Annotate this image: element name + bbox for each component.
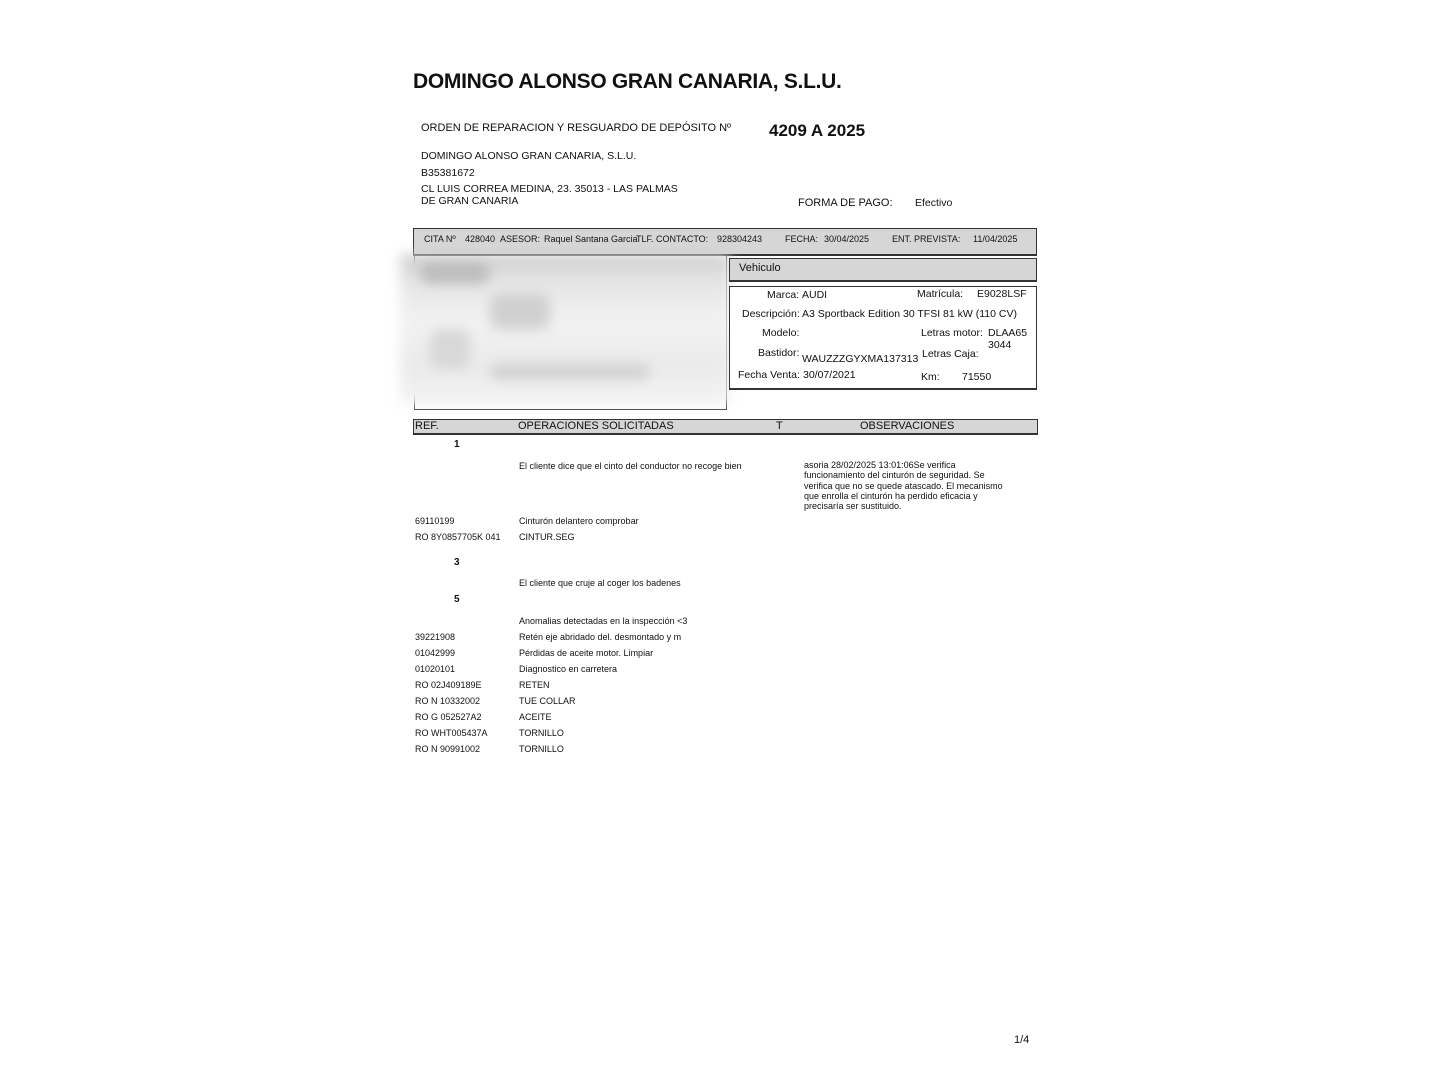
column-ref: REF. [415, 420, 439, 432]
telefono-label: TLF. CONTACTO: [636, 234, 708, 244]
line-ref: 01042999 [415, 648, 455, 658]
line-ref: RO N 90991002 [415, 744, 480, 754]
company-title: DOMINGO ALONSO GRAN CANARIA, S.L.U. [413, 70, 842, 94]
line-ref: RO N 10332002 [415, 696, 480, 706]
appointment-info-bar: CITA Nº 428040 ASESOR: Raquel Santana Ga… [413, 228, 1037, 256]
fecha-label: FECHA: [785, 234, 818, 244]
asesor-value: Raquel Santana Garcia [544, 234, 638, 244]
cita-label: CITA Nº [424, 234, 456, 244]
line-description: Pérdidas de aceite motor. Limpiar [519, 648, 653, 658]
marca-value: AUDI [802, 289, 827, 301]
line-description: TORNILLO [519, 728, 564, 738]
order-number: 4209 A 2025 [769, 121, 865, 141]
fecha-value: 30/04/2025 [824, 234, 869, 244]
matricula-label: Matrícula: [917, 288, 963, 300]
page-number: 1/4 [1014, 1034, 1029, 1046]
line-description: Diagnostico en carretera [519, 664, 617, 674]
entrega-value: 11/04/2025 [973, 234, 1017, 244]
line-ref: 69110199 [415, 516, 454, 526]
km-label: Km: [921, 371, 940, 383]
km-value: 71550 [962, 371, 991, 383]
letras-caja-label: Letras Caja: [922, 348, 979, 360]
letras-motor-value: DLAA65 [988, 327, 1027, 339]
line-description: TUE COLLAR [519, 696, 576, 706]
line-ref: RO 8Y0857705K 041 [415, 532, 505, 542]
telefono-value: 928304243 [717, 234, 762, 244]
letras-motor-value-2: 3044 [988, 339, 1011, 351]
line-description: TORNILLO [519, 744, 564, 754]
operation-group-number: 3 [454, 557, 460, 568]
operation-request: Anomalias detectadas en la inspección <3 [519, 616, 687, 626]
operation-request: El cliente que cruje al coger los badene… [519, 578, 681, 588]
line-description: ACEITE [519, 712, 552, 722]
bastidor-value: WAUZZZGYXMA137313 [802, 353, 918, 365]
vehicle-section-title: Vehiculo [739, 262, 781, 274]
marca-label: Marca: [767, 289, 799, 301]
line-description: Cinturón delantero comprobar [519, 516, 639, 526]
payment-label: FORMA DE PAGO: [798, 197, 893, 209]
vehicle-section-header: Vehiculo [729, 258, 1037, 282]
issuer-name: DOMINGO ALONSO GRAN CANARIA, S.L.U. [421, 150, 636, 162]
operation-observation: asoria 28/02/2025 13:01:06Se verifica fu… [804, 460, 1014, 511]
line-ref: RO WHT005437A [415, 728, 488, 738]
bastidor-label: Bastidor: [758, 347, 799, 359]
issuer-address: CL LUIS CORREA MEDINA, 23. 35013 - LAS P… [421, 183, 691, 207]
column-observaciones: OBSERVACIONES [860, 420, 954, 432]
modelo-label: Modelo: [762, 327, 799, 339]
vehicle-details-box: Marca: AUDI Matrícula: E9028LSF Descripc… [729, 286, 1037, 390]
line-description: Retén eje abridado del. desmontado y m [519, 632, 681, 642]
cita-value: 428040 [465, 234, 495, 244]
operation-group-number: 1 [454, 439, 460, 450]
entrega-label: ENT. PREVISTA: [892, 234, 960, 244]
matricula-value: E9028LSF [977, 288, 1027, 300]
operations-table-header: REF. OPERACIONES SOLICITADAS T OBSERVACI… [413, 419, 1038, 435]
line-ref: 01020101 [415, 664, 455, 674]
column-t: T [776, 420, 783, 432]
line-description: RETEN [519, 680, 550, 690]
line-description: CINTUR.SEG [519, 532, 575, 542]
descripcion-value: A3 Sportback Edition 30 TFSI 81 kW (110 … [802, 308, 1017, 320]
payment-value: Efectivo [915, 197, 952, 209]
line-ref: RO G 052527A2 [415, 712, 482, 722]
letras-motor-label: Letras motor: [921, 327, 983, 339]
order-label: ORDEN DE REPARACION Y RESGUARDO DE DEPÓS… [421, 122, 731, 134]
fecha-venta-value: 30/07/2021 [803, 369, 856, 381]
issuer-cif: B35381672 [421, 167, 475, 179]
fecha-venta-label: Fecha Venta: [738, 369, 800, 381]
asesor-label: ASESOR: [500, 234, 540, 244]
column-operaciones: OPERACIONES SOLICITADAS [518, 420, 674, 432]
descripcion-label: Descripción: [742, 308, 800, 320]
line-ref: 39221908 [415, 632, 455, 642]
line-ref: RO 02J409189E [415, 680, 482, 690]
operation-group-number: 5 [454, 594, 460, 605]
operation-request: El cliente dice que el cinto del conduct… [519, 461, 742, 471]
redacted-client-info [400, 254, 730, 404]
